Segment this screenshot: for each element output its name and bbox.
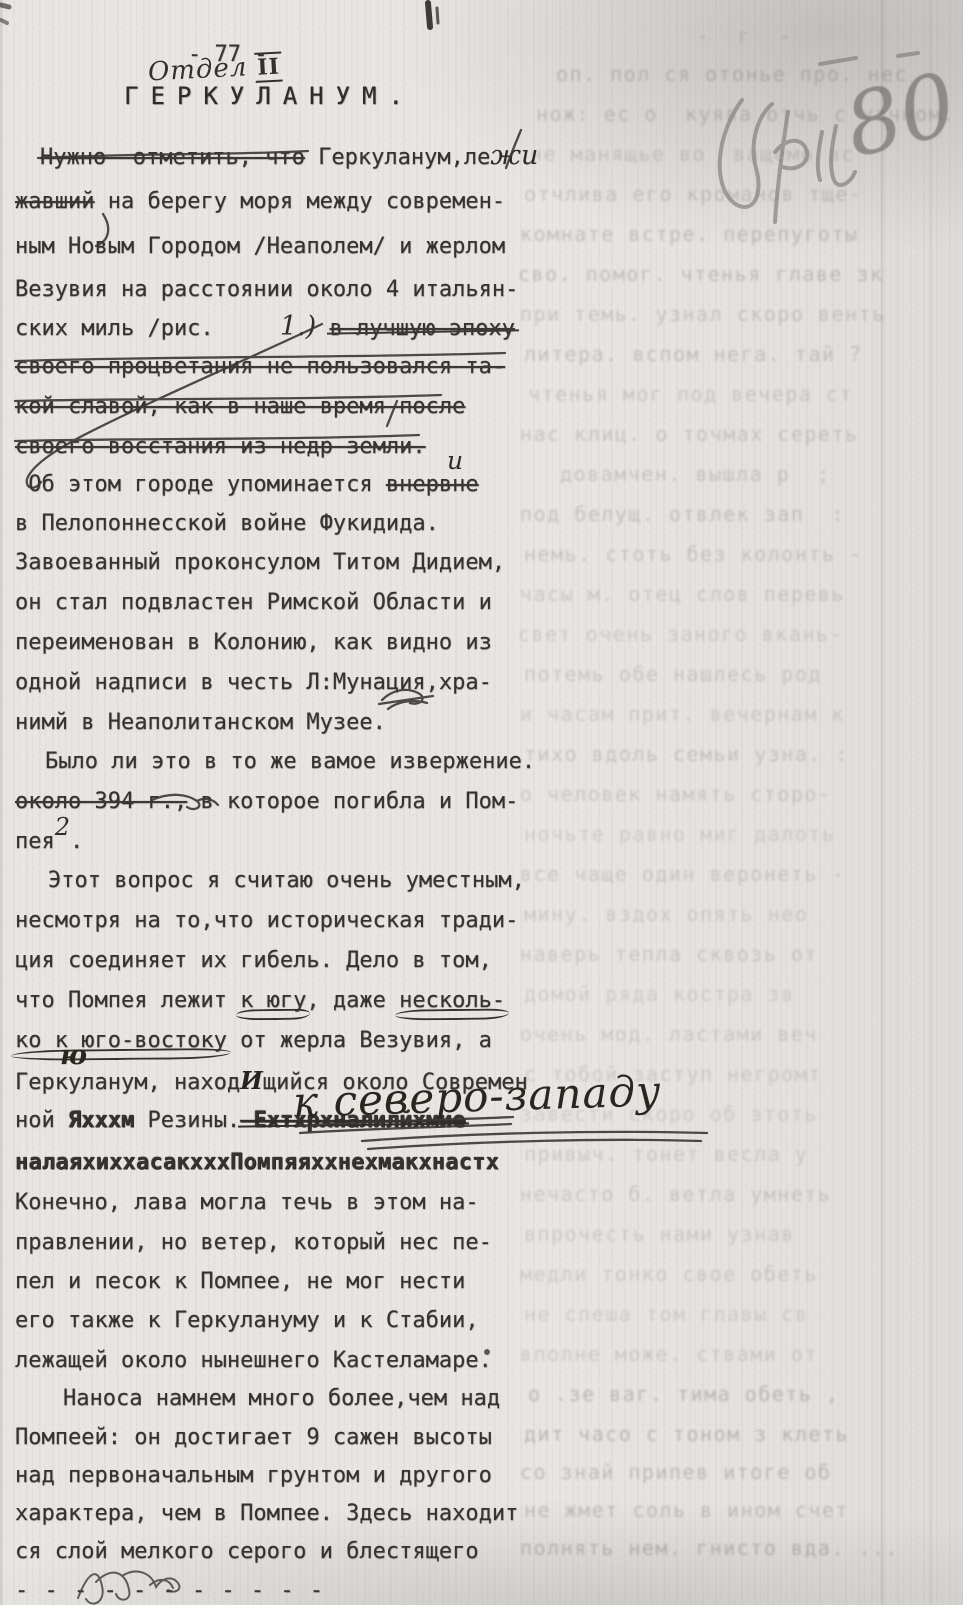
showthrough-line: немь. стоть без колонть - (524, 542, 863, 566)
typed-text: Геркуланум,ле (305, 145, 490, 170)
typed-text-st: кой славой, как в наше время после (15, 394, 465, 419)
typed-text: Наноса намнем много более,чем над (63, 1386, 500, 1411)
showthrough-line: очень мод. ластами веч (520, 1022, 818, 1046)
typed-text: Резины. (134, 1108, 240, 1133)
typed-line-5: ских миль /рис. 1.) в лучшую эпоху (15, 314, 515, 342)
typed-text: правлении, но ветер, который нес пе- (15, 1230, 492, 1255)
showthrough-line: литера. вспом нега. тай ? (524, 342, 863, 366)
showthrough-line: под белущ. отвлек зап : (520, 502, 845, 526)
typed-line-3: ным Новым Городом /Неаполем/ и жерлом (15, 234, 505, 260)
typed-line-16: Было ли это в то же вамое извержение. (45, 749, 535, 775)
typed-line-36: ся слой мелкого серого и блестящего (15, 1539, 479, 1565)
typed-line-30: его также к Геркулануму и к Стабии, (15, 1308, 479, 1334)
typed-text: несмотря на то,что историческая тради- (15, 908, 518, 933)
typed-line-12: он стал подвластен Римской Области и (15, 590, 492, 616)
typed-text-hwcap: И (240, 1066, 263, 1095)
typed-text-dash: - - - - - - - - - - - (15, 1578, 325, 1603)
typed-line-19: Этот вопрос я считаю очень уместным, (48, 868, 525, 894)
typed-text: Везувия на расстоянии около 4 итальян- (15, 277, 518, 302)
typed-line-8: своего восстания из недр земли. (15, 434, 426, 460)
typed-text: . (70, 829, 83, 854)
scanned-document-page: - г -оп. пол ся отонье про. неснож: ес о… (0, 0, 963, 1605)
showthrough-line: свет очень заного вкань- (518, 622, 843, 646)
typed-line-35: характера, чем в Помпее. Здесь находит (15, 1501, 518, 1527)
typed-text-st: жавший (15, 189, 94, 214)
typed-text: что Помпея лежит (15, 988, 240, 1013)
typed-text-st: внервне (386, 472, 479, 497)
typed-text: он стал подвластен Римской Области и (15, 590, 492, 615)
showthrough-line: о .зе ваг. тима обеть , (528, 1382, 839, 1406)
typed-text-hw: жи (490, 140, 538, 171)
typed-text: от жерла Везувия, а (227, 1028, 492, 1053)
showthrough-line: потемь обе нашлесь род (524, 662, 822, 686)
typed-text: пел и песок к Помпее, не мог нести (15, 1269, 465, 1294)
typed-text: ным Новым Городом /Неаполем/ и жерлом (15, 234, 505, 259)
showthrough-line: сво. помог. чтенья главе зк (518, 262, 884, 286)
typed-line-29: пел и песок к Помпее, не мог нести (15, 1269, 465, 1295)
typed-line-1: Нужно отметить, что Геркуланум,лежи (40, 143, 538, 171)
typed-line-15: нимй в Неаполитанском Музее. (15, 710, 386, 736)
section-roman-numeral: II (255, 52, 283, 83)
typed-text-hw: 1.) (280, 311, 316, 342)
typed-text: Конечно, лава могла течь в этом на- (15, 1190, 479, 1215)
typed-text-st2: в лучшую эпоху (329, 316, 514, 341)
showthrough-line: привыч. тонет весла у (524, 1142, 808, 1166)
typed-text-ox: Яхххм (68, 1108, 134, 1133)
typed-text: ция соединяет их гибель. Дело в том, (15, 948, 492, 973)
typed-text: лежащей около нынешнего Кастеламаре. (15, 1348, 492, 1373)
typed-line-27: Конечно, лава могла течь в этом на- (15, 1190, 479, 1216)
typed-text-hwsup: 2 (55, 813, 70, 841)
typed-text: нимй в Неаполитанском Музее. (15, 710, 386, 735)
showthrough-line: не спеша том главы св (524, 1302, 808, 1326)
typed-text: характера, чем в Помпее. Здесь находит (15, 1501, 518, 1526)
typed-line-10: в Пелопоннесской войне Фукидида. (15, 511, 439, 537)
typed-text: Помпеей: он достигает 9 сажен высоты (15, 1425, 492, 1450)
typed-text: ной (15, 1108, 68, 1133)
showthrough-line: комнате встре. перепуготы (520, 222, 859, 246)
showthrough-line: мину. вздох опять нео (524, 902, 808, 926)
typed-line-6: своего процветания не пользовался та- (15, 354, 505, 380)
typed-line-18: пея2. (15, 827, 83, 855)
typed-line-37: - - - - - - - - - - - (15, 1578, 325, 1604)
scan-edge-mark-top2 (437, 8, 438, 23)
showthrough-line: при темь. узнал скоро венть (520, 302, 886, 326)
typed-line-22: что Помпея лежит к югу, даже несколь- (15, 988, 505, 1014)
showthrough-line: впрочесть нами узнав (524, 1222, 795, 1246)
typed-line-28: правлении, но ветер, который нес пе- (15, 1230, 492, 1256)
typed-text (316, 316, 329, 341)
typed-line-17: около 394 г., в которое погибла и Пом- (15, 789, 518, 815)
typed-line-9: Об этом городе упоминается внервне (15, 472, 479, 498)
typed-line-7: кой славой, как в наше время после (15, 394, 465, 420)
showthrough-line: дит часо с тоном з клеть (524, 1422, 849, 1446)
handwritten-insert-yu: ю (60, 1040, 87, 1071)
showthrough-line: довамчен. вышла р ; (560, 462, 831, 486)
typed-line-32: Наноса намнем много более,чем над (63, 1386, 500, 1412)
typed-text-uu: несколь- (399, 988, 505, 1013)
typed-text-st: своего процветания не пользовался та- (15, 354, 505, 379)
showthrough-line: часы м. отец слов перевь (520, 582, 845, 606)
typed-text: его также к Геркулануму и к Стабии, (15, 1308, 479, 1333)
handwritten-insert-i: и (447, 446, 463, 475)
typed-text: Геркуланум, наход (15, 1070, 240, 1095)
typed-line-33: Помпеей: он достигает 9 сажен высоты (15, 1425, 492, 1451)
showthrough-line: чтенья мог под вечера ст (528, 382, 853, 406)
showthrough-line: ночьте равно миг далоть (524, 822, 835, 846)
showthrough-line: отчлива его кроманов тще- (524, 182, 863, 206)
typed-text: Об этом городе упоминается (15, 472, 386, 497)
typed-line-20: несмотря на то,что историческая тради- (15, 908, 518, 934)
typed-text: пея (15, 829, 55, 854)
showthrough-line: не жмет соль в ином счет (524, 1498, 849, 1522)
showthrough-line: со знай припев итоге об (520, 1460, 831, 1484)
typed-text: Завоеванный проконсулом Титом Дидием, (15, 550, 505, 575)
showthrough-line: вполне може. ствами от (520, 1342, 818, 1366)
showthrough-line: о человек намять сторо- (520, 782, 831, 806)
showthrough-line: - г - (697, 24, 792, 48)
typed-text-uu: к югу (240, 988, 306, 1013)
typed-line-13: переименован в Колонию, как видно из (15, 630, 492, 656)
typed-text: , даже (306, 988, 399, 1013)
showthrough-line: медли тонко свое обеть (520, 1262, 818, 1286)
showthrough-line: тихо вдоль семьи узна. : (524, 742, 849, 766)
typed-line-2: жавший на берегу моря между современ- (15, 189, 505, 215)
typed-text-uu: ко к юго-востоку (15, 1028, 227, 1053)
typed-line-34: над первоначальным грунтом и другого (15, 1463, 492, 1489)
typed-text: одной надписи в честь Л:Мунация,хра- (15, 670, 492, 695)
typed-line-11: Завоеванный проконсулом Титом Дидием, (15, 550, 505, 576)
typed-text: ских миль /рис. (15, 316, 280, 341)
typed-text: ся слой мелкого серого и блестящего (15, 1539, 479, 1564)
showthrough-line: все чаще один веронеть - (520, 862, 845, 886)
typed-text: в Пелопоннесской войне Фукидида. (15, 511, 439, 536)
typed-text-st: около 394 г., (15, 789, 187, 814)
showthrough-line: нас клиц. о точмах сереть (520, 422, 859, 446)
typed-text-st: Нужно отметить, что (40, 145, 305, 170)
typed-line-14: одной надписи в честь Л:Мунация,хра- (15, 670, 492, 696)
paper-fold-streak (881, 0, 883, 1605)
typed-text: над первоначальным грунтом и другого (15, 1463, 492, 1488)
typed-text: в которое погибла и Пом- (187, 789, 518, 814)
showthrough-line: полнять нем. гнисто вда. ... (520, 1536, 899, 1560)
scan-edge-mark-left2 (1, 20, 7, 23)
typed-text: Было ли это в то же вамое извержение. (45, 749, 535, 774)
page-title: ГЕРКУЛАНУМ. (124, 82, 415, 110)
typed-text: переименован в Колонию, как видно из (15, 630, 492, 655)
typed-text-st: своего восстания из недр земли. (15, 434, 426, 459)
typed-text: на берегу моря между современ- (94, 189, 505, 214)
scan-edge-mark-left1 (1, 5, 9, 7)
typed-line-31: лежащей около нынешнего Кастеламаре. (15, 1348, 492, 1374)
typed-line-26: налаяхиххасакхххПомпяяххнехмакхнастх (15, 1150, 499, 1176)
typed-line-4: Везувия на расстоянии около 4 итальян- (15, 277, 518, 303)
showthrough-line: нечасто б. ветла умнеть (520, 1182, 831, 1206)
showthrough-line: наверь тепла сквозь от (520, 942, 818, 966)
showthrough-line: домой ряда костра зв (524, 982, 795, 1006)
paper-streak-2 (930, 0, 932, 1605)
scan-edge-mark-top (428, 3, 430, 27)
typed-text-xl: налаяхиххасакхххПомпяяххнехмакхнастх (15, 1150, 499, 1175)
typed-line-21: ция соединяет их гибель. Дело в том, (15, 948, 492, 974)
typed-text: Этот вопрос я считаю очень уместным, (48, 868, 525, 893)
showthrough-line: не манящье во ващемо вс (530, 142, 855, 166)
showthrough-line: и часам прит. вечернам к (520, 702, 845, 726)
